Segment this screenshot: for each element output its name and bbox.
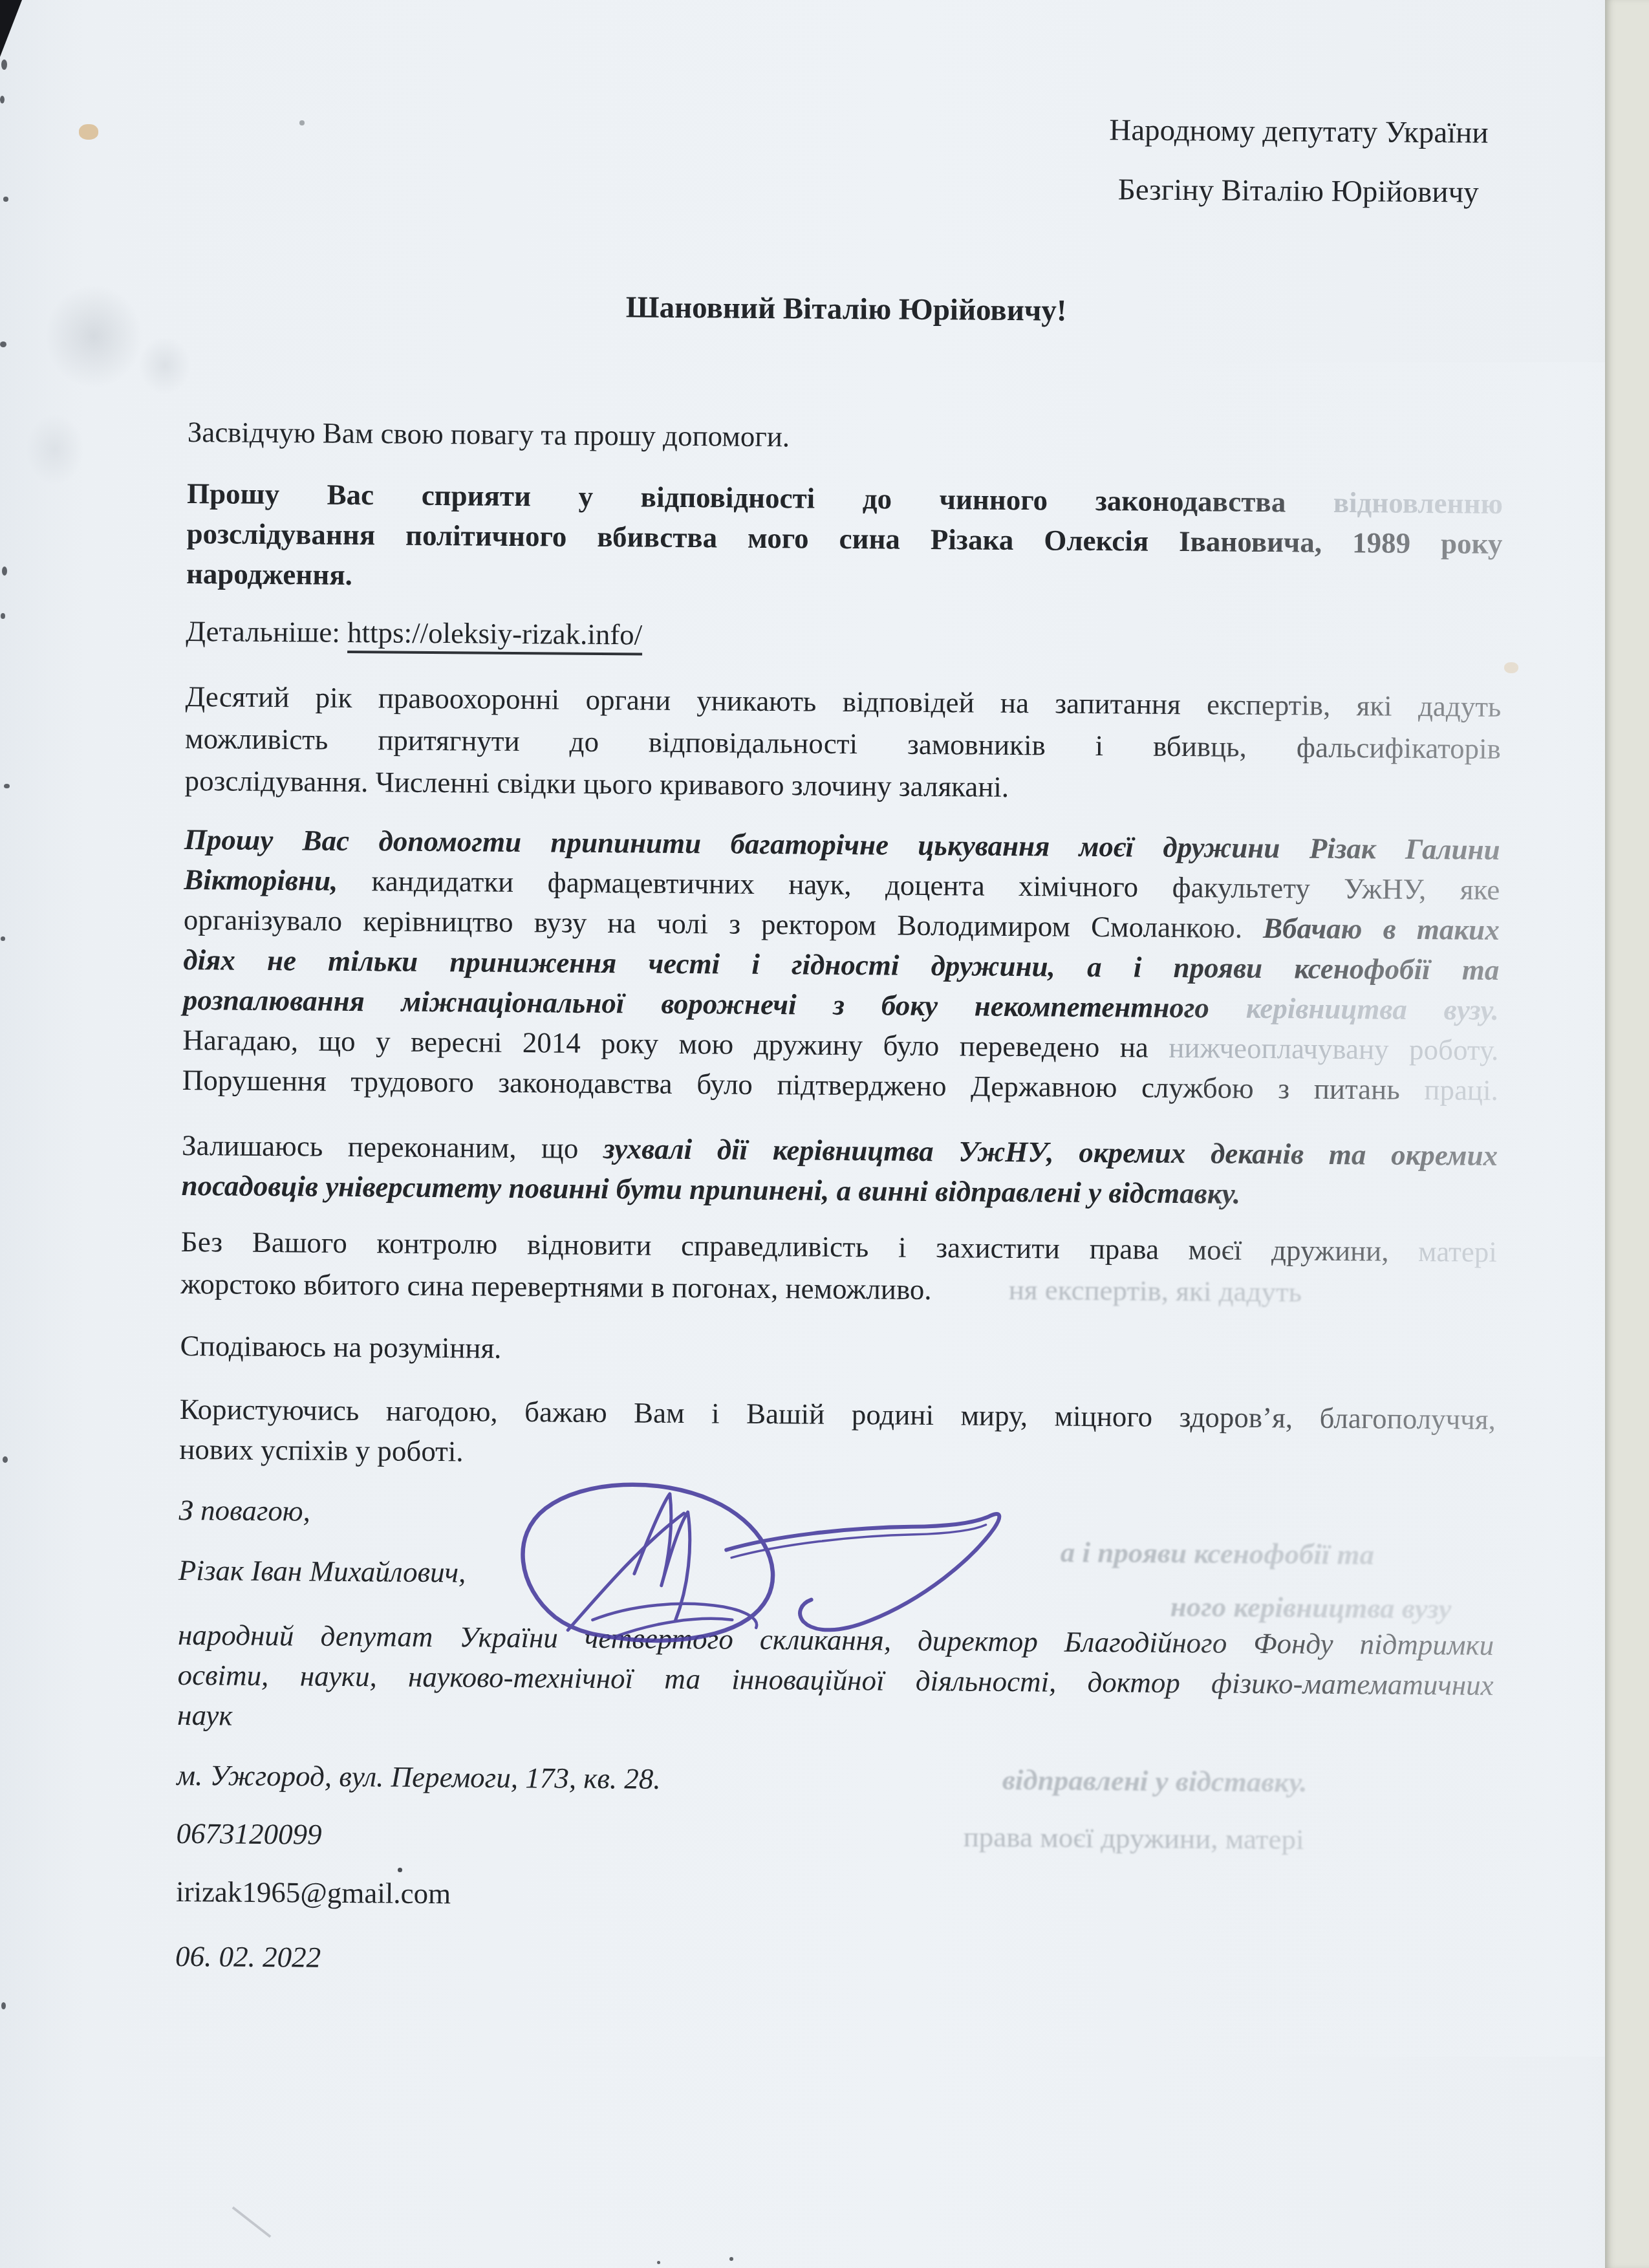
scan-speck — [4, 784, 10, 788]
scan-speck — [1, 2002, 6, 2009]
addressee-line: Безгіну Віталію Юрійовичу — [987, 159, 1609, 224]
scan-speck — [0, 96, 5, 103]
scan-speck — [1, 59, 7, 70]
text-segment: праці. — [1424, 1074, 1498, 1107]
scan-corner-artifact — [0, 0, 22, 57]
letter-content: Народному депутату України Безгіну Вітал… — [191, 0, 1507, 10]
paragraph-request: Прошу Вас сприяти у відповідності до чин… — [186, 473, 1503, 604]
text-segment: Порушення трудового законодавства було п… — [182, 1064, 1400, 1106]
scanned-letter-page: Народному депутату України Безгіну Вітал… — [0, 0, 1649, 2268]
paragraph-convinced: Залишаюсь переконаним, що зухвалі дії ке… — [181, 1125, 1498, 1216]
scan-speck — [3, 1456, 8, 1463]
text-segment: відновленню — [1333, 486, 1503, 520]
letter-date: 06. 02. 2022 — [175, 1936, 1491, 1987]
signer-email: irizak1965@gmail.com — [176, 1871, 1492, 1923]
paragraph-control: Без Вашого контролю відновити справедлив… — [180, 1221, 1497, 1315]
scan-speck — [1, 613, 5, 619]
scan-speck — [0, 341, 6, 347]
scan-speck — [729, 2257, 733, 2261]
text-line: Сподіваюсь на розуміння. — [180, 1325, 1496, 1377]
text-line: 06. 02. 2022 — [175, 1936, 1491, 1987]
paper-smudge — [139, 336, 191, 394]
text-segment: Вікторівни, — [184, 863, 338, 897]
signer-phone: 0673120099 — [176, 1813, 1492, 1864]
text-segment: кандидатки фармацевтичних наук, доцента … — [372, 865, 1500, 906]
text-segment: Без Вашого контролю відновити справедлив… — [181, 1226, 1389, 1268]
paper-stain — [1504, 662, 1518, 673]
text-segment: зухвалі дії керівництва УжНУ, окремих де… — [603, 1132, 1498, 1172]
paragraph-details: Детальніше: https://oleksiy-rizak.info/ — [186, 610, 1502, 662]
text-segment: нижчеоплачувану роботу. — [1169, 1031, 1498, 1066]
signer-address: м. Ужгород, вул. Перемоги, 173, кв. 28. — [177, 1755, 1493, 1806]
text-segment: розпалювання міжнаціональної ворожнечі з… — [183, 984, 1210, 1024]
salutation: Шановний Віталію Юрійовичу! — [188, 285, 1504, 334]
addressee-line: Народному депутату України — [988, 100, 1610, 164]
paper-stain — [79, 124, 98, 140]
text-segment: Залишаюсь переконаним, що — [182, 1129, 579, 1165]
text-segment: матері — [1418, 1235, 1497, 1268]
paragraph-hope: Сподіваюсь на розуміння. — [180, 1325, 1496, 1377]
text-line: м. Ужгород, вул. Перемоги, 173, кв. 28. — [177, 1755, 1493, 1806]
text-line: 0673120099 — [176, 1813, 1492, 1864]
paragraph-tenth-year: Десятий рік правоохоронні органи уникают… — [184, 676, 1501, 812]
text-line: Детальніше: https://oleksiy-rizak.info/ — [186, 610, 1502, 662]
scan-speck — [3, 197, 8, 202]
text-segment: Вбачаю в таких — [1263, 912, 1500, 946]
text-segment: Прошу Вас сприяти у відповідності до чин… — [187, 477, 1286, 518]
paragraph-wishes: Користуючись нагодою, бажаю Вам і Вашій … — [179, 1389, 1496, 1480]
details-label: Детальніше: — [186, 615, 340, 649]
signature-image — [498, 1476, 1023, 1649]
scan-dot — [398, 1868, 402, 1872]
paper-smudge — [26, 414, 84, 485]
scan-speck — [657, 2261, 660, 2264]
text-line: irizak1965@gmail.com — [176, 1871, 1492, 1923]
paper-smudge — [45, 285, 142, 388]
text-line: Засвідчую Вам свою повагу та прошу допом… — [188, 411, 1503, 463]
addressee-block: Народному депутату України Безгіну Вітал… — [987, 100, 1609, 224]
scan-dot — [299, 120, 305, 125]
text-segment: організувало керівництво вузу на чолі з … — [184, 903, 1243, 944]
paragraph-wife: Прошу Вас допомогти припинити багаторічн… — [182, 819, 1500, 1110]
text-segment: Нагадаю, що у вересні 2014 року мою друж… — [182, 1024, 1148, 1064]
scan-speck — [1, 936, 5, 941]
detail-link[interactable]: https://oleksiy-rizak.info/ — [347, 616, 643, 656]
scan-scratch — [232, 2207, 272, 2238]
text-segment: керівництва вузу. — [1246, 992, 1499, 1026]
paragraph-respect: Засвідчую Вам свою повагу та прошу допом… — [188, 411, 1503, 463]
scanner-edge-strip — [1605, 0, 1649, 2268]
scan-speck — [2, 567, 7, 576]
